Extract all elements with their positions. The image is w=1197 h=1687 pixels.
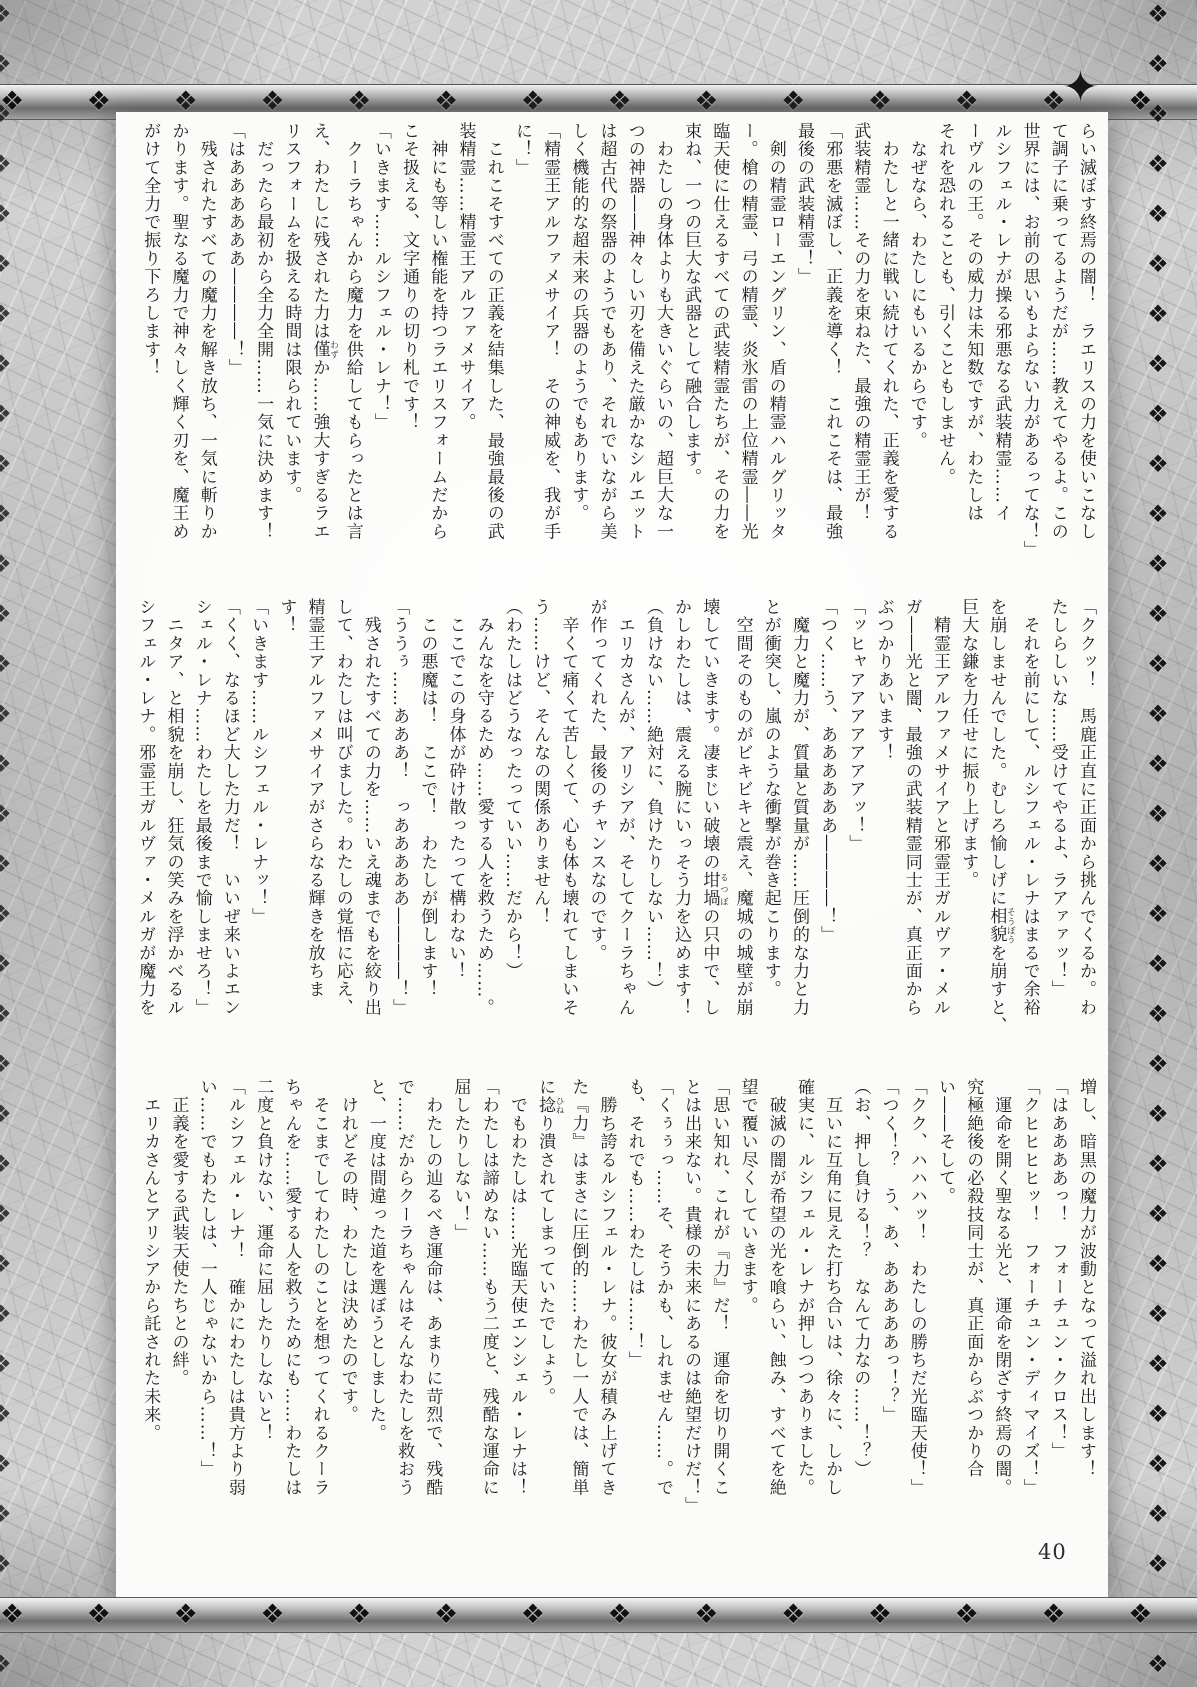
text-column: エリカさんとアリシアから託された未来。	[136, 1078, 164, 1536]
text-column: た『力』はまさに圧倒的……わたし一人では、簡単	[564, 1078, 592, 1536]
text-column: 精霊王アルファメサイアがさらなる輝きを放ちま	[300, 598, 328, 1056]
text-column: 「クヒヒヒヒッ！ フォーチュン・ディマイズ！」	[1015, 1078, 1043, 1536]
text-column: 神にも等しい権能を持つラエリスフォームだから	[423, 122, 451, 580]
text-column: と、一度は間違った道を選ぼうとしました。	[362, 1078, 390, 1536]
text-column: す！	[272, 598, 300, 1056]
text-column: しく機能的な超未来の兵器のようでもあります。	[564, 122, 592, 580]
text-column: そこまでしてわたしのことを想ってくれるクーラ	[305, 1078, 333, 1536]
text-column: 束ね、一つの巨大な武器として融合します。	[677, 122, 705, 580]
text-column: 運命を開く聖なる光と、運命を閉ざす終焉の闇。	[987, 1078, 1015, 1536]
text-column: 巨大な鎌を力任せに振り上げます。	[954, 598, 982, 1056]
text-column: で……だからクーラちゃんはそんなわたしを救おう	[390, 1078, 418, 1536]
text-column: い――そして。	[931, 1078, 959, 1536]
text-column: を崩しませんでした。むしろ愉しげに相貌そうぼうを崩すと、	[982, 598, 1015, 1056]
text-column: （お、押し負ける！？ なんて力なの……！？）	[846, 1078, 874, 1536]
text-column: ちゃんを……愛する人を救うためにも……わたしは	[277, 1078, 305, 1536]
text-column: とは出来ない。貴様の未来にあるのは絶望だけだ！」	[677, 1078, 705, 1536]
text-column: でもわたしは……光臨天使エンシェル・レナは！	[503, 1078, 531, 1536]
text-column: い……でもわたしは、一人じゃないから……！」	[193, 1078, 221, 1536]
text-column: この悪魔は！ ここで！ わたしが倒します！	[413, 598, 441, 1056]
text-column: 「ううぅ……あああ！ っあああああ――――！」	[385, 598, 413, 1056]
text-column: （わたしはどうなったっていい……だから！）	[498, 598, 526, 1056]
corner-star-ornament: ✦	[1062, 62, 1099, 113]
text-column: 「くく、なるほど大した力だ！ いいぜ来いよエン	[216, 598, 244, 1056]
text-column: かります。聖なる魔力で神々しく輝く刃を、魔王め	[164, 122, 192, 580]
text-column: 最後の武装精霊！」	[790, 122, 818, 580]
text-column: 剣の精霊ローエングリン、盾の精霊ハルグリッタ	[762, 122, 790, 580]
text-column: が作ってくれた、最後のチャンスなのです。	[582, 598, 610, 1056]
text-column: 「邪悪を滅ぼし、正義を導く！ これこそは、最強	[818, 122, 846, 580]
text-column: リスフォームを扱える時間は限られています。	[277, 122, 305, 580]
text-column: も、それでも……わたしは……！」	[621, 1078, 649, 1536]
text-column: 「思い知れ、これが『力』だ！ 運命を切り開くこ	[705, 1078, 733, 1536]
text-column: して、わたしは叫びました。わたしの覚悟に応え、	[329, 598, 357, 1056]
text-column: ーヴルの王。その威力は未知数ですが、わたしは	[959, 122, 987, 580]
text-column: 破滅の闇が希望の光を喰らい、蝕み、すべてを絶	[762, 1078, 790, 1536]
text-column: かしわたしは、震える腕にいっそう力を込めます！	[667, 598, 695, 1056]
page-content: らい滅ぼす終焉の闇！ ラエリスの力を使いこなして調子に乗ってるようだが……教えて…	[116, 112, 1108, 1602]
text-column: 残されたすべての魔力を解き放ち、一気に斬りか	[193, 122, 221, 580]
knot-ornament-chain-right: ❖❖❖❖❖❖❖❖❖❖❖❖❖❖❖❖❖❖❖❖❖❖❖❖❖❖❖❖❖❖❖❖❖❖❖❖❖❖	[1137, 0, 1179, 1687]
text-column: に捻ひねり潰されてしまっていたでしょう。	[531, 1078, 564, 1536]
text-column: （負けない……絶対に、負けたりしない……！）	[639, 598, 667, 1056]
text-column: 互いに互角に見えた打ち合いは、徐々に、しかし	[818, 1078, 846, 1536]
text-column: う……けど、そんなの関係ありません！	[526, 598, 554, 1056]
text-column: え、わたしに残された力は僅わずか……強大すぎるラエ	[305, 122, 338, 580]
text-column: ルシフェル・レナが操る邪悪なる武装精霊……イ	[987, 122, 1015, 580]
text-column: たしらしいな……受けてやるよ、ラアァァッ！」	[1044, 598, 1072, 1056]
text-column: ー。槍の精霊、弓の精霊、炎氷雷の上位精霊――光	[733, 122, 761, 580]
text-column: 正義を愛する武装天使たちとの絆。	[164, 1078, 192, 1536]
text-column: 魔力と魔力が、質量と質量が……圧倒的な力と力	[785, 598, 813, 1056]
text-column: 勝ち誇るルシフェル・レナ。彼女が積み上げてき	[592, 1078, 620, 1536]
text-column: 「ッヒャアアアアアアアッ！」	[841, 598, 869, 1056]
text-column: 望で覆い尽くしていきます。	[733, 1078, 761, 1536]
text-column: 「わたしは諦めない……もう二度と、残酷な運命に	[475, 1078, 503, 1536]
text-column: とが衝突し、嵐のような衝撃が巻き起こります。	[757, 598, 785, 1056]
text-column: だったら最初から全力全開……一気に決めます！	[249, 122, 277, 580]
text-column: 「精霊王アルファメサイア！ その神威を、我が手	[536, 122, 564, 580]
text-column: 「くぅぅっ……そ、そうかも、しれません……。で	[649, 1078, 677, 1536]
text-column: つの神器――神々しい刃を備えた厳かなシルエット	[621, 122, 649, 580]
text-column: みんなを守るため……愛する人を救うため……。	[470, 598, 498, 1056]
text-column: わたしと一緒に戦い続けてくれた、正義を愛する	[874, 122, 902, 580]
text-column: わたしの身体よりも大きいぐらいの、超巨大な一	[649, 122, 677, 580]
text-column: 世界には、お前の思いもよらない力があるってな！」	[1015, 122, 1043, 580]
text-column: 精霊王アルファメサイアと邪霊王ガルヴァ・メル	[926, 598, 954, 1056]
text-column: 臨天使に仕えるすべての武装精霊たちが、その力を	[705, 122, 733, 580]
page-number: 40	[1038, 1540, 1067, 1564]
text-column: なぜなら、わたしにもいるからです。	[903, 122, 931, 580]
text-block-top: らい滅ぼす終焉の闇！ ラエリスの力を使いこなして調子に乗ってるようだが……教えて…	[136, 122, 1100, 580]
text-column: 「つく……う、ああああああ――――！」	[813, 598, 841, 1056]
text-column: 辛くて痛くて苦しくて、心も体も壊れてしまいそ	[554, 598, 582, 1056]
text-column: 「はああああっ！ フォーチュン・クロス！」	[1044, 1078, 1072, 1536]
text-column: 残されたすべての力を……いえ魂までもを絞り出	[357, 598, 385, 1056]
text-column: ガ――光と闇、最強の武装精霊同士が、真正面から	[898, 598, 926, 1056]
text-column: らい滅ぼす終焉の闇！ ラエリスの力を使いこなし	[1072, 122, 1100, 580]
text-column: は超古代の祭器のようでもあり、それでいながら美	[592, 122, 620, 580]
text-column: 「つく！？ う、あ、あああああっ！？」	[874, 1078, 902, 1536]
text-column: 「はああああああ――――！」	[221, 122, 249, 580]
text-column: 武装精霊……その力を束ねた、最強の精霊王が！	[846, 122, 874, 580]
text-column: ニタア、と相貌を崩し、狂気の笑みを浮かべるル	[159, 598, 187, 1056]
knot-ornament-chain-left: ❖❖❖❖❖❖❖❖❖❖❖❖❖❖❖❖❖❖❖❖❖❖❖❖❖❖❖❖❖❖❖❖❖❖❖❖❖❖	[0, 0, 22, 1687]
text-column: クーラちゃんから魔力を供給してもらったとは言	[339, 122, 367, 580]
text-column: それを恐れることも、引くこともしません。	[931, 122, 959, 580]
text-column: 「ルシフェル・レナ！ 確かにわたしは貴方より弱	[221, 1078, 249, 1536]
text-block-bottom: 増し、暗黒の魔力が波動となって溢れ出します！「はああああっ！ フォーチュン・クロ…	[136, 1078, 1100, 1536]
text-column: に！」	[508, 122, 536, 580]
text-column: 空間そのものがビキビキと震え、魔城の城壁が崩	[728, 598, 756, 1056]
text-block-middle: 「ククッ！ 馬鹿正直に正面から挑んでくるか。わたしらしいな……受けてやるよ、ラア…	[131, 598, 1100, 1056]
text-column: がけて全力で振り下ろします！	[136, 122, 164, 580]
text-column: 装精霊……精霊王アルファメサイア。	[451, 122, 479, 580]
text-column: けれどその時、わたしは決めたのです。	[334, 1078, 362, 1536]
text-column: 二度と負けない、運命に屈したりしないと！	[249, 1078, 277, 1536]
text-column: 究極絶後の必殺技同士が、真正面からぶつかり合	[959, 1078, 987, 1536]
text-column: 増し、暗黒の魔力が波動となって溢れ出します！	[1072, 1078, 1100, 1536]
text-column: 「ククッ！ 馬鹿正直に正面から挑んでくるか。わ	[1072, 598, 1100, 1056]
knot-ornament-band-bottom: ❖ ❖ ❖ ❖ ❖ ❖ ❖ ❖ ❖ ❖ ❖ ❖ ❖ ❖ ❖ ❖ ❖ ❖ ❖ ❖ …	[0, 1597, 1197, 1633]
text-column: シフェル・レナ。邪霊王ガルヴァ・メルガが魔力を	[131, 598, 159, 1056]
text-column: こそ扱える、文字通りの切り札です！	[395, 122, 423, 580]
text-column: これこそすべての正義を結集した、最強最後の武	[480, 122, 508, 580]
text-column: シェル・レナ……わたしを最後まで愉しませろ！」	[188, 598, 216, 1056]
text-column: 「クク、ハハハッ！ わたしの勝ちだ光臨天使！」	[903, 1078, 931, 1536]
text-column: ここでこの身体が砕け散ったって構わない！	[441, 598, 469, 1056]
text-column: 屈したりしない！」	[446, 1078, 474, 1536]
text-column: 「いきます……ルシフェル・レナッ！」	[244, 598, 272, 1056]
text-column: エリカさんが、アリシアが、そしてクーラちゃん	[611, 598, 639, 1056]
text-column: ぶつかりあいます！	[869, 598, 897, 1056]
text-column: わたしの辿るべき運命は、あまりに苛烈で、残酷	[418, 1078, 446, 1536]
text-column: て調子に乗ってるようだが……教えてやるよ。この	[1044, 122, 1072, 580]
text-column: それを前にして、ルシフェル・レナはまるで余裕	[1015, 598, 1043, 1056]
text-column: 壊していきます。凄まじい破壊の坩堝るつぼの只中で、し	[695, 598, 728, 1056]
text-column: 「いきます……ルシフェル・レナ！」	[367, 122, 395, 580]
text-column: 確実に、ルシフェル・レナが押しつつありました。	[790, 1078, 818, 1536]
book-page: { "page_number": "40", "decor": { "ink":…	[0, 0, 1197, 1687]
